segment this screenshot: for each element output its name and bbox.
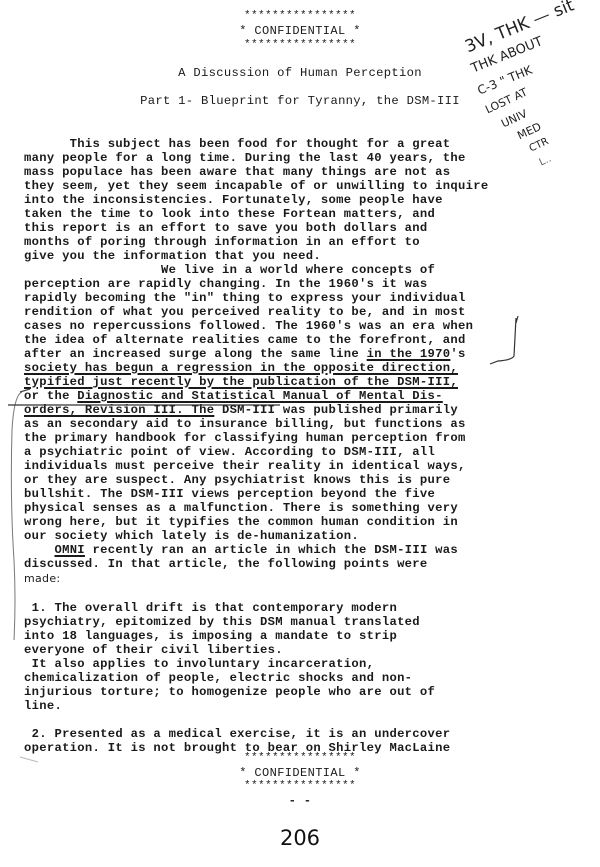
- bracket-mark-icon: [490, 316, 518, 364]
- confidential-label-bottom: * CONFIDENTIAL *: [0, 766, 600, 780]
- margin-markings: [0, 0, 600, 867]
- confidential-stars-bottom: ****************: [0, 752, 600, 764]
- margin-line-icon: [11, 392, 22, 640]
- footer-dash: - -: [0, 794, 600, 808]
- confidential-stars-bottom-2: ****************: [0, 780, 600, 792]
- page-number: 206: [0, 826, 600, 850]
